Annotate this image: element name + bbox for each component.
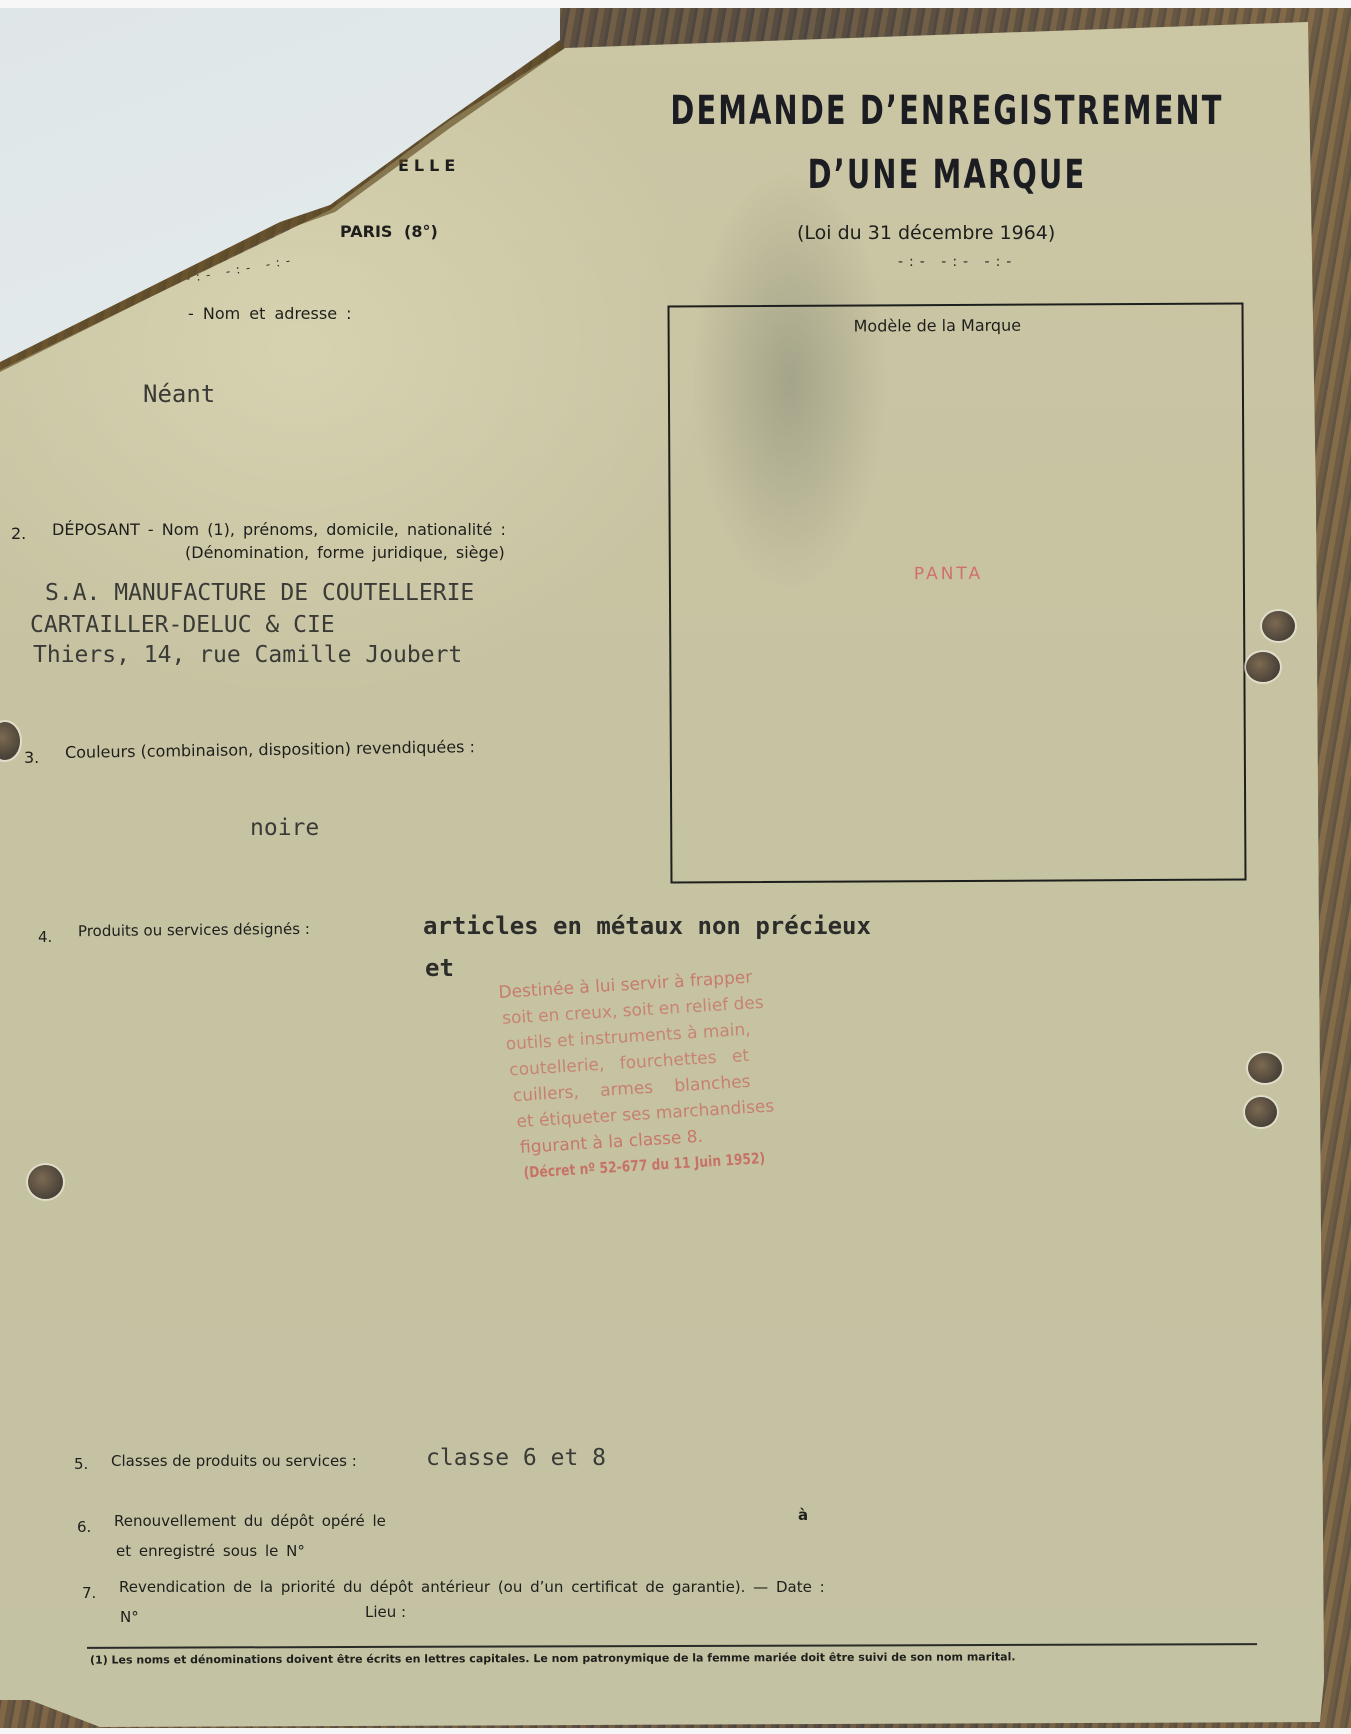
form-subtitle-law: (Loi du 31 décembre 1964) bbox=[797, 222, 1055, 244]
header-city: PARIS (8°) bbox=[340, 222, 438, 241]
section-5-number: 5. bbox=[74, 1455, 88, 1473]
section-7-place-field-label: Lieu : bbox=[365, 1603, 406, 1621]
punch-hole bbox=[1262, 611, 1295, 641]
photo-border-top bbox=[0, 0, 1351, 8]
section-2-value-line2: CARTAILLER-DELUC & CIE bbox=[30, 612, 335, 638]
section-3-value: noire bbox=[250, 815, 319, 841]
section-1-sublabel: - Nom et adresse : bbox=[188, 304, 352, 323]
section-2-number: 2. bbox=[11, 524, 26, 543]
title-ornament: -:- -:- -:- bbox=[898, 254, 1017, 270]
section-3-label: Couleurs (combinaison, disposition) reve… bbox=[65, 737, 475, 762]
section-2-value-line3: Thiers, 14, rue Camille Joubert bbox=[33, 642, 462, 668]
section-4-value-line2: et bbox=[425, 954, 454, 982]
form-title-line2: D’UNE MARQUE bbox=[587, 152, 1307, 198]
section-6-line1: Renouvellement du dépôt opéré le bbox=[114, 1512, 386, 1530]
punch-hole bbox=[1248, 1053, 1282, 1083]
section-1-value: Néant bbox=[143, 380, 215, 408]
section-2-label: DÉPOSANT - Nom (1), prénoms, domicile, n… bbox=[52, 520, 506, 539]
section-5-value: classe 6 et 8 bbox=[426, 1445, 606, 1471]
section-6-line2: et enregistré sous le N° bbox=[116, 1542, 305, 1560]
mark-model-box: Modèle de la Marque PANTA bbox=[667, 302, 1246, 883]
section-6-place-marker: à bbox=[798, 1506, 808, 1524]
punch-hole bbox=[28, 1165, 63, 1199]
section-3-number: 3. bbox=[24, 748, 39, 767]
section-7-number-field-label: N° bbox=[120, 1608, 139, 1626]
punch-hole bbox=[1245, 1097, 1277, 1127]
form-title-line1: DEMANDE D’ENREGISTREMENT bbox=[587, 88, 1307, 134]
section-5-label: Classes de produits ou services : bbox=[111, 1452, 357, 1470]
footnote-text: (1) Les noms et dénominations doivent êt… bbox=[90, 1650, 1016, 1666]
section-6-number: 6. bbox=[77, 1518, 91, 1536]
section-2-value-line1: S.A. MANUFACTURE DE COUTELLERIE bbox=[45, 580, 474, 606]
footnote-rule bbox=[87, 1643, 1257, 1649]
section-4-value-line1: articles en métaux non précieux bbox=[423, 912, 871, 940]
section-4-label: Produits ou services désignés : bbox=[78, 920, 310, 940]
section-7-number: 7. bbox=[82, 1584, 96, 1602]
section-4-number: 4. bbox=[38, 928, 52, 946]
mark-model-label: Modèle de la Marque bbox=[854, 316, 1022, 336]
section-7-label: Revendication de la priorité du dépôt an… bbox=[119, 1578, 825, 1596]
punch-hole bbox=[1246, 652, 1280, 682]
section-2-sublabel: (Dénomination, forme juridique, siège) bbox=[185, 543, 505, 562]
mark-text-panta: PANTA bbox=[914, 564, 983, 584]
photo-border-bottom bbox=[0, 1728, 1351, 1734]
punch-hole bbox=[0, 722, 20, 760]
stamp-line: figurant à la classe 8. bbox=[520, 1127, 704, 1158]
